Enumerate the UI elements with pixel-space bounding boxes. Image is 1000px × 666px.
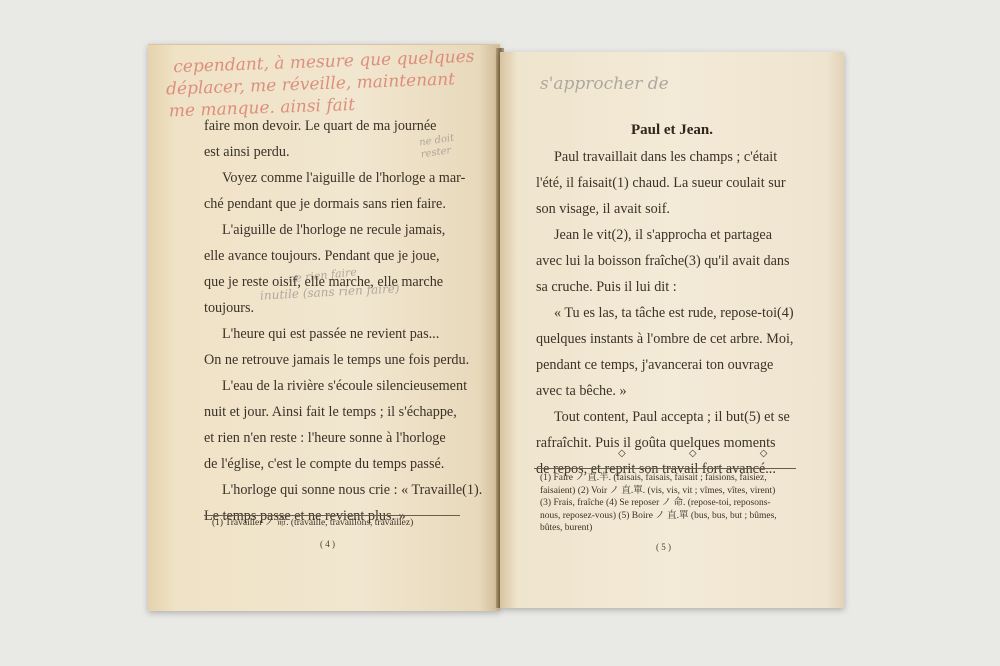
footnote-line: faisaient) (2) Voir ノ 直.單. (vis, vis, vi… xyxy=(540,485,800,498)
ornament-diamonds: ◇ ◇ ◇ xyxy=(618,448,797,459)
text-line: ché pendant que je dormais sans rien fai… xyxy=(204,191,466,217)
text-line: pendant ce temps, j'avancerai ton ouvrag… xyxy=(536,352,798,378)
text-line: faire mon devoir. Le quart de ma journée xyxy=(204,113,466,139)
text-line: quelques instants à l'ombre de cet arbre… xyxy=(536,326,798,352)
left-footnote: (1) Travailler ノ 命. (travaille, travaill… xyxy=(212,517,413,530)
text-line: et rien n'en reste : l'heure sonne à l'h… xyxy=(204,425,466,451)
text-line: L'aiguille de l'horloge ne recule jamais… xyxy=(204,217,466,243)
grey-handwritten-note: s'approcher de xyxy=(540,74,669,94)
text-line: l'été, il faisait(1) chaud. La sueur cou… xyxy=(536,170,798,196)
right-footnotes: (1) Faire ノ 直.半. (faisais, faisais, fais… xyxy=(540,472,800,535)
text-line: nuit et jour. Ainsi fait le temps ; il s… xyxy=(204,399,466,425)
text-line: Voyez comme l'aiguille de l'horloge a ma… xyxy=(204,165,466,191)
chapter-title: Paul et Jean. xyxy=(500,122,844,139)
footnote-line: nous, reposez-vous) (5) Boire ノ 直.單 (bus… xyxy=(540,510,800,523)
red-handwritten-note: cependant, à mesure que quelques déplace… xyxy=(173,46,476,122)
text-line: toujours. xyxy=(204,295,466,321)
right-page: s'approcher de Paul et Jean. Paul travai… xyxy=(500,52,844,608)
footnote-line: bûtes, burent) xyxy=(540,522,800,535)
text-line: de l'église, c'est le compte du temps pa… xyxy=(204,451,466,477)
text-line: L'heure qui est passée ne revient pas... xyxy=(204,321,466,347)
text-line: « Tu es las, ta tâche est rude, repose-t… xyxy=(536,300,798,326)
footnote-divider xyxy=(204,515,460,516)
text-line: sa cruche. Puis il lui dit : xyxy=(536,274,798,300)
footnote-line: (3) Frais, fraîche (4) Se reposer ノ 命. (… xyxy=(540,497,800,510)
text-line: avec ta bêche. » xyxy=(536,378,798,404)
text-line: que je reste oisif, elle marche, elle ma… xyxy=(204,269,466,295)
text-line: est ainsi perdu. xyxy=(204,139,466,165)
text-line: Tout content, Paul accepta ; il but(5) e… xyxy=(536,404,798,430)
text-line: elle avance toujours. Pendant que je jou… xyxy=(204,243,466,269)
text-line: Paul travaillait dans les champs ; c'éta… xyxy=(536,144,798,170)
text-line: On ne retrouve jamais le temps une fois … xyxy=(204,347,466,373)
text-line: son visage, il avait soif. xyxy=(536,196,798,222)
open-book: cependant, à mesure que quelques déplace… xyxy=(148,44,844,610)
text-line: L'horloge qui sonne nous crie : « Travai… xyxy=(204,477,466,503)
left-page: cependant, à mesure que quelques déplace… xyxy=(148,44,500,611)
left-page-body: faire mon devoir. Le quart de ma journée… xyxy=(204,113,466,529)
footnote-divider xyxy=(534,468,796,469)
footnote-line: (1) Faire ノ 直.半. (faisais, faisais, fais… xyxy=(540,472,800,485)
right-page-body: Paul travaillait dans les champs ; c'éta… xyxy=(536,144,798,482)
text-line: avec lui la boisson fraîche(3) qu'il ava… xyxy=(536,248,798,274)
page-number-4: ( 4 ) xyxy=(320,539,335,549)
text-line: L'eau de la rivière s'écoule silencieuse… xyxy=(204,373,466,399)
page-number-5: ( 5 ) xyxy=(656,542,671,552)
text-line: Jean le vit(2), il s'approcha et partage… xyxy=(536,222,798,248)
